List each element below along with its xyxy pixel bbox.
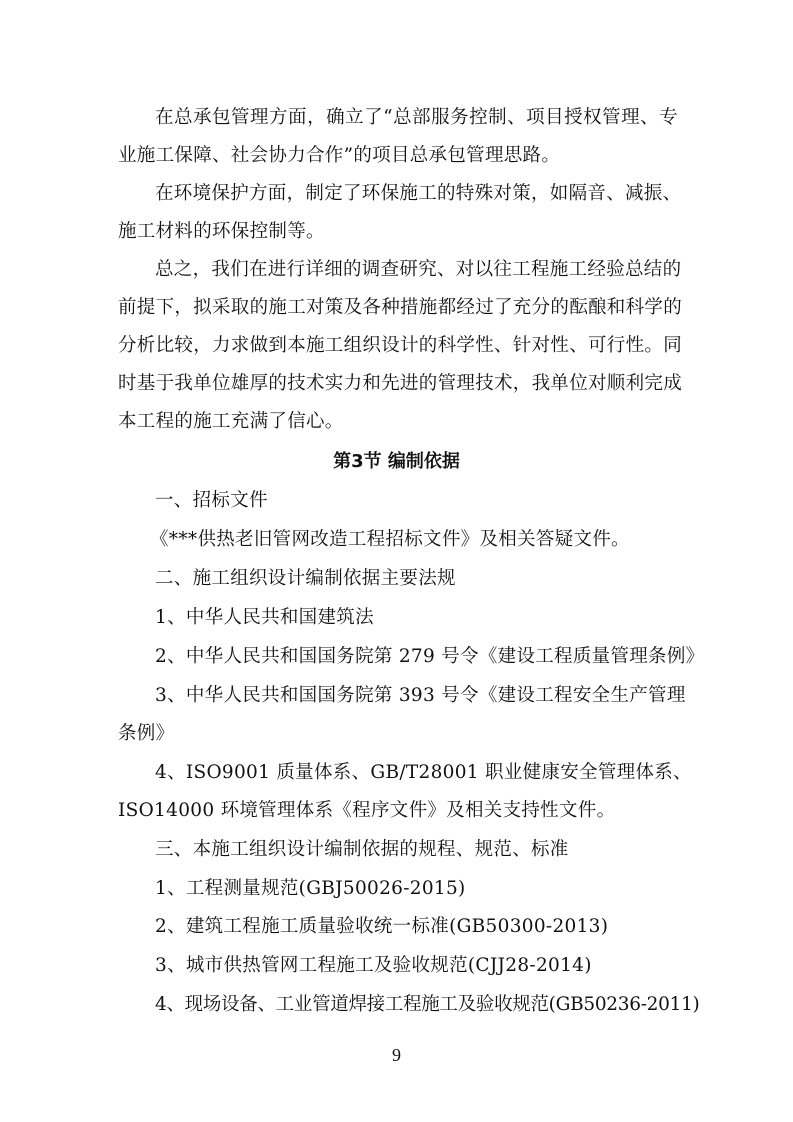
paragraph-line: 总之，我们在进行详细的调查研究、对以往工程施工经验总结的	[155, 258, 678, 282]
list-item: 4、现场设备、工业管道焊接工程施工及验收规范(GB50236-2011)	[155, 993, 678, 1017]
list-item: 2、中华人民共和国国务院第 279 号令《建设工程质量管理条例》	[155, 645, 678, 669]
paragraph-line: 时基于我单位雄厚的技术实力和先进的管理技术，我单位对顺利完成	[118, 372, 678, 396]
list-item: 1、中华人民共和国建筑法	[155, 606, 678, 630]
page-number: 9	[0, 1044, 793, 1066]
list-item: ISO14000 环境管理体系《程序文件》及相关支持性文件。	[118, 799, 678, 823]
list-item: 3、中华人民共和国国务院第 393 号令《建设工程安全生产管理	[155, 684, 678, 708]
list-item: 《***供热老旧管网改造工程招标文件》及相关答疑文件。	[150, 528, 710, 552]
paragraph-line: 在总承包管理方面，确立了“总部服务控制、项目授权管理、专	[155, 106, 678, 130]
list-item: 三、本施工组织设计编制依据的规程、规范、标准	[155, 838, 678, 862]
list-item: 二、施工组织设计编制依据主要法规	[155, 567, 678, 591]
list-item: 条例》	[118, 722, 678, 746]
paragraph-line: 业施工保障、社会协力合作”的项目总承包管理思路。	[118, 144, 678, 168]
list-item: 3、城市供热管网工程施工及验收规范(CJJ28-2014)	[155, 954, 678, 978]
list-item: 1、工程测量规范(GBJ50026-2015)	[155, 877, 678, 901]
paragraph-line: 施工材料的环保控制等。	[118, 220, 678, 244]
paragraph-line: 在环境保护方面，制定了环保施工的特殊对策，如隔音、减振、	[155, 182, 678, 206]
paragraph-line: 本工程的施工充满了信心。	[118, 410, 678, 434]
list-item: 2、建筑工程施工质量验收统一标准(GB50300-2013)	[155, 915, 678, 939]
paragraph-line: 分析比较，力求做到本施工组织设计的科学性、针对性、可行性。同	[118, 334, 678, 358]
document-page: 在总承包管理方面，确立了“总部服务控制、项目授权管理、专 业施工保障、社会协力合…	[0, 0, 793, 1122]
paragraph-line: 前提下，拟采取的施工对策及各种措施都经过了充分的酝酿和科学的	[118, 296, 678, 320]
list-item: 一、招标文件	[155, 489, 678, 513]
section-heading: 第3节 编制依据	[0, 450, 793, 474]
list-item: 4、ISO9001 质量体系、GB/T28001 职业健康安全管理体系、	[155, 761, 678, 785]
